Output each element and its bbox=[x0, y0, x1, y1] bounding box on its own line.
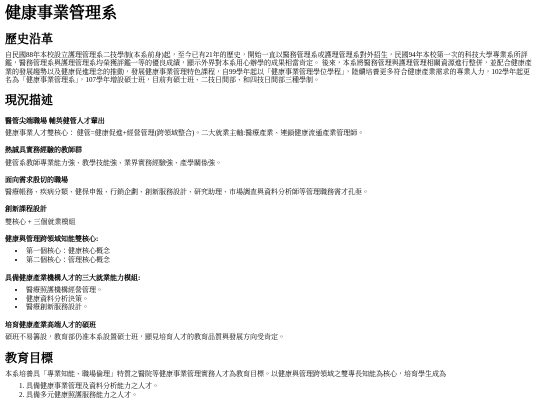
list-item: 具備多元健康照護服務能力之人才。 bbox=[26, 391, 534, 400]
section-heading-education: 教育目標 bbox=[5, 352, 534, 366]
subsection-body-faculty: 健管系教師專業能力強、教學技能強、業界實務經驗強、產學關係強。 bbox=[5, 159, 534, 167]
document-page: 健康事業管理系 歷史沿革 自民國88年本校設立護理管理系二技學制(本系前身)起，… bbox=[0, 0, 540, 405]
employment-modules-list: 醫療照護機構經營管理。 健康資料分析決策。 醫療創新服務設計。 bbox=[5, 286, 534, 312]
list-item: 第二個核心：管理核心概念 bbox=[26, 256, 534, 265]
section-heading-status: 現況描述 bbox=[5, 94, 534, 108]
subsection-body-curriculum: 雙核心 + 三個就業模組 bbox=[5, 218, 534, 226]
list-item: 具備健康事業管理及資料分析能力之人才。 bbox=[26, 382, 534, 391]
list-item: 醫療創新服務設計。 bbox=[26, 303, 534, 312]
section-heading-history: 歷史沿革 bbox=[5, 33, 534, 47]
list-item: 第一個核心：健康核心概念 bbox=[26, 247, 534, 256]
list-item: 醫療照護機構經營管理。 bbox=[26, 286, 534, 295]
subsection-title-curriculum: 創新課程設計 bbox=[5, 205, 534, 213]
education-paragraph: 本系培養具「專業知能、職場倫理」特質之醫院等健康事業管理實務人才為教育目標。以健… bbox=[5, 370, 534, 378]
subsection-body-masters: 碩班不易籌設，教育部仍准本系設置碩士班，顯見培育人才的教育品質與發展方向受肯定。 bbox=[5, 333, 534, 341]
subsection-title-masters: 培育健康產業高端人才的碩班 bbox=[5, 321, 534, 329]
dual-core-list: 第一個核心：健康核心概念 第二個核心：管理核心概念 bbox=[5, 247, 534, 265]
subsection-title-modules: 具備健康產業機構人才的三大就業能力模組: bbox=[5, 274, 534, 282]
history-paragraph: 自民國88年本校設立護理管理系二技學制(本系前身)起，至今已有21年的歷史，開始… bbox=[5, 51, 534, 84]
subsection-body-workplace: 醫療帳務、疾病分類、健保申報、行銷企劃、創新服務設計、研究助理、市場調查與資料分… bbox=[5, 188, 534, 196]
subsection-body-talent: 健康事業人才雙核心： 健管=健康促進+經營管理(跨領域整合)。二大就業主軸:醫療… bbox=[5, 129, 534, 137]
list-item: 健康資料分析決策。 bbox=[26, 295, 534, 304]
education-goals-list: 具備健康事業管理及資料分析能力之人才。 具備多元健康照護服務能力之人才。 bbox=[5, 382, 534, 400]
page-title: 健康事業管理系 bbox=[5, 5, 534, 23]
subsection-title-dual-core: 健康與管理跨領域知能雙核心: bbox=[5, 235, 534, 243]
subsection-title-workplace: 面向需求殷切的職場 bbox=[5, 176, 534, 184]
subsection-title-faculty: 熱誠具實務經驗的教師群 bbox=[5, 146, 534, 154]
subsection-title-talent: 醫管尖端職場 輔英健管人才輩出 bbox=[5, 117, 534, 125]
